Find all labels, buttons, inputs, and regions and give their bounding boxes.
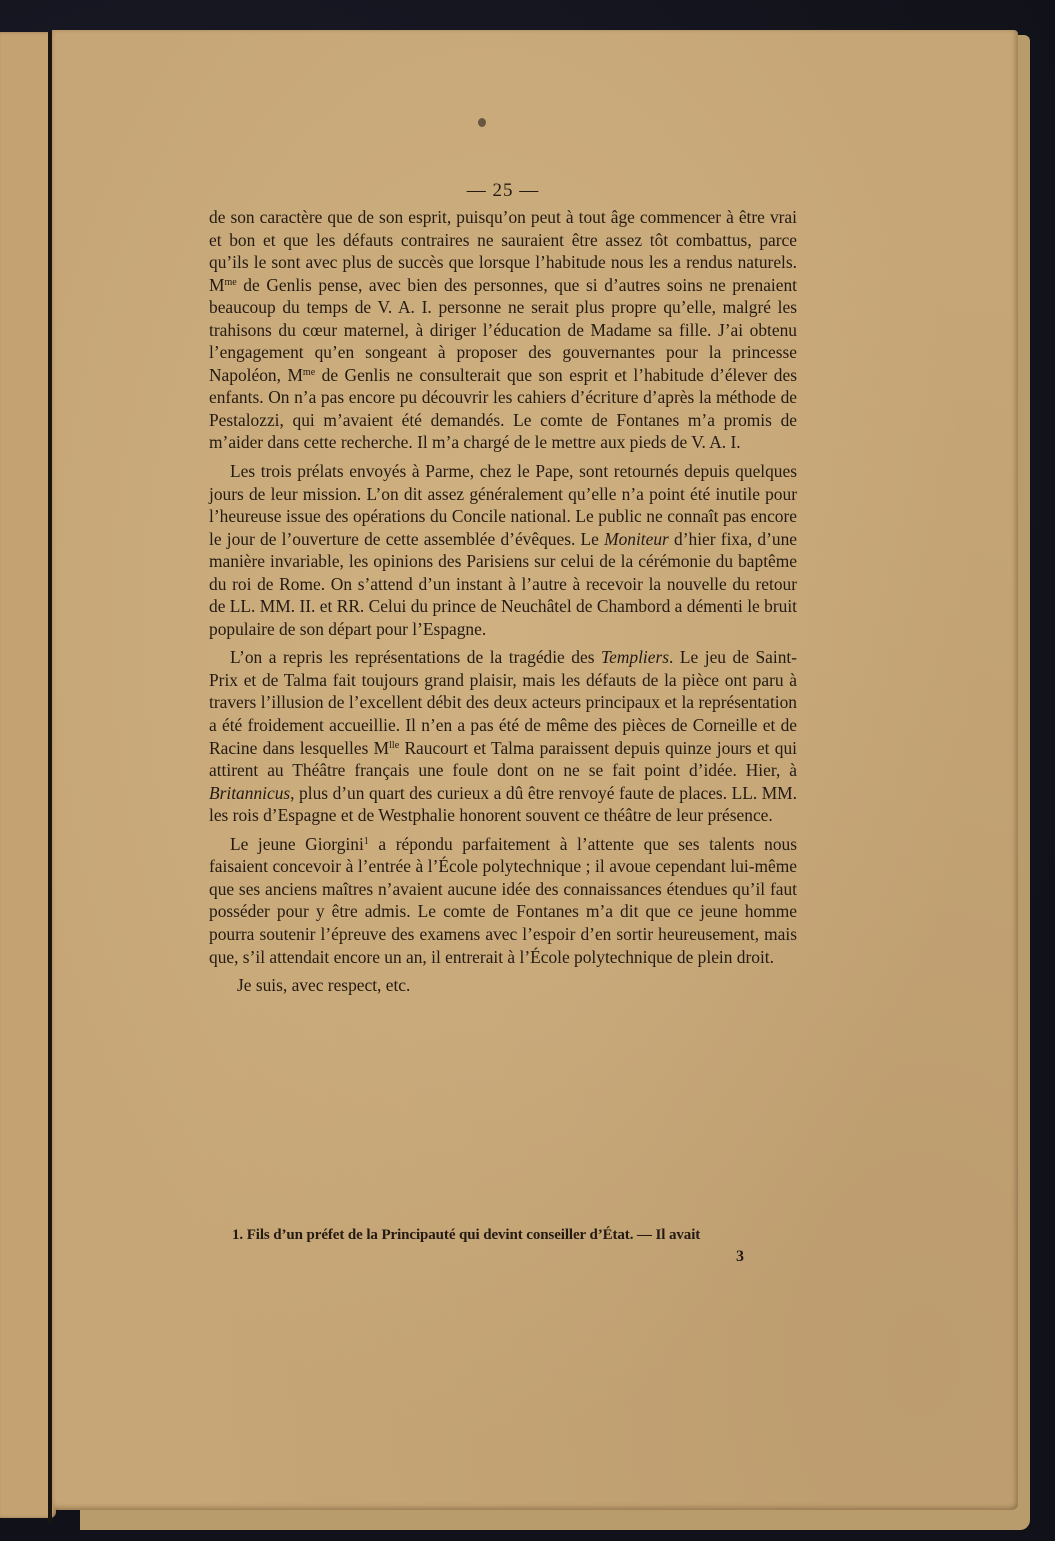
foxing-spot [478, 118, 486, 127]
paragraph-4: Le jeune Giorgini1 a répondu parfaitemen… [209, 833, 797, 968]
text-run: L’on a repris les représentations de la … [230, 647, 601, 667]
italic-title: Moniteur [604, 529, 669, 549]
paragraph-2: Les trois prélats envoyés à Parme, chez … [209, 460, 797, 640]
footnote: 1. Fils d’un préfet de la Principauté qu… [232, 1224, 802, 1246]
signoff: Je suis, avec respect, etc. [209, 974, 797, 997]
superscript: me [303, 367, 315, 378]
signature-mark: 3 [736, 1248, 744, 1266]
paragraph-1: de son caractère que de son esprit, puis… [209, 206, 797, 454]
text-run: , plus d’un quart des curieux a dû être … [209, 783, 797, 826]
superscript: me [224, 277, 236, 288]
page-number: — 25 — [209, 180, 797, 202]
page-body: — 25 — de son caractère que de son espri… [209, 180, 797, 1003]
italic-title: Britannicus [209, 783, 290, 803]
italic-title: Templiers [601, 647, 669, 667]
superscript: lle [389, 740, 399, 751]
paragraph-3: L’on a repris les représentations de la … [209, 646, 797, 826]
text-run: Le jeune Giorgini [230, 834, 364, 854]
